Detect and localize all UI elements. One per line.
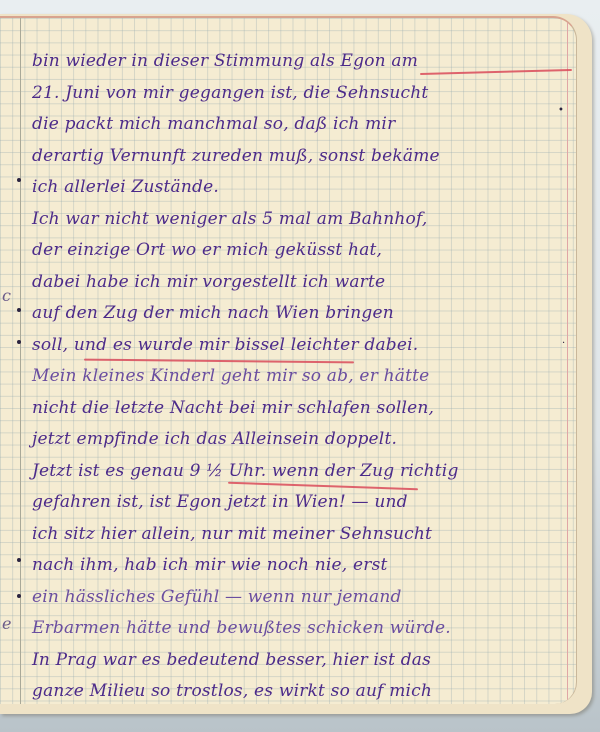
text-line: dabei habe ich mir vorgestellt ich warte xyxy=(32,267,562,299)
text-line: gefahren ist, ist Egon jetzt in Wien! — … xyxy=(32,487,562,519)
spine-stitch-dot xyxy=(17,178,21,182)
text-line: jetzt empfinde ich das Alleinsein doppel… xyxy=(32,424,562,456)
text-line: der einzige Ort wo er mich geküsst hat, xyxy=(32,235,562,267)
right-edge-line xyxy=(567,18,568,704)
spine-stitch-dot xyxy=(17,594,21,598)
left-margin-fragment: e xyxy=(2,614,11,633)
text-line: 21. Juni von mir gegangen ist, die Sehns… xyxy=(32,78,562,110)
notebook-page: c e bin wieder in dieser Stimmung als Eg… xyxy=(0,16,577,704)
binding-margin-line xyxy=(20,18,21,704)
left-margin-fragment: c xyxy=(2,286,11,305)
text-line: ich sitz hier allein, nur mit meiner Seh… xyxy=(32,519,562,551)
text-line: ich allerlei Zustände. xyxy=(32,172,562,204)
handwritten-text: bin wieder in dieser Stimmung als Egon a… xyxy=(32,46,562,704)
text-line: Ich war nicht weniger als 5 mal am Bahnh… xyxy=(32,204,562,236)
text-line: ganze Milieu so trostlos, es wirkt so au… xyxy=(32,676,562,704)
text-line: Mein kleines Kinderl geht mir so ab, er … xyxy=(32,361,562,393)
text-line: soll, und es wurde mir bissel leichter d… xyxy=(32,330,562,362)
text-line: nach ihm, hab ich mir wie noch nie, erst xyxy=(32,550,562,582)
text-line: nicht die letzte Nacht bei mir schlafen … xyxy=(32,393,562,425)
text-line: die packt mich manchmal so, daß ich mir xyxy=(32,109,562,141)
text-line: Erbarmen hätte und bewußtes schicken wür… xyxy=(32,613,562,645)
text-line: ein hässliches Gefühl — wenn nur jemand xyxy=(32,582,562,614)
text-line: derartig Vernunft zureden muß, sonst bek… xyxy=(32,141,562,173)
ink-speck: · xyxy=(562,338,565,349)
ink-speck: • xyxy=(558,105,564,116)
text-line: Jetzt ist es genau 9 ½ Uhr. wenn der Zug… xyxy=(32,456,562,488)
text-line: auf den Zug der mich nach Wien bringen xyxy=(32,298,562,330)
spine-stitch-dot xyxy=(17,558,21,562)
spine-stitch-dot xyxy=(17,308,21,312)
spine-stitch-dot xyxy=(17,340,21,344)
text-line: In Prag war es bedeutend besser, hier is… xyxy=(32,645,562,677)
